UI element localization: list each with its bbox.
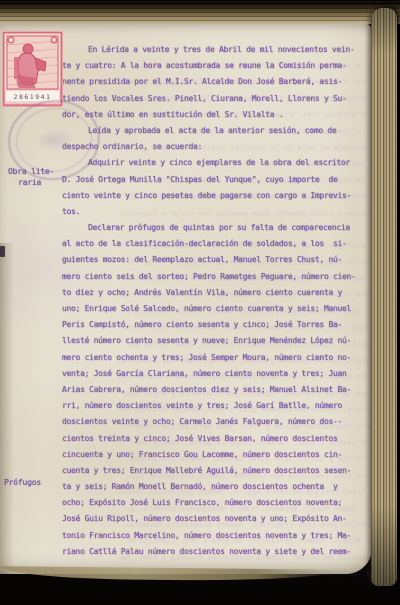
body-line: to diez y ocho; Andrés Valentín Vila, nú… xyxy=(62,285,362,301)
body-line: dor, este último en sustitución del Sr. … xyxy=(62,107,362,123)
body-line: tonio Francisco Marcelino, número doscie… xyxy=(62,528,362,544)
body-line: uno; Enrique Solé Salcedo, número ciento… xyxy=(62,301,362,317)
margin-note-line: Prófugos xyxy=(4,477,41,488)
body-line: En Lérida a veinte y tres de Abril de mi… xyxy=(62,42,362,58)
right-page-edges xyxy=(371,8,397,586)
body-line: venta; José García Clariana, número cien… xyxy=(62,366,362,382)
body-line: ocho; Expósito José Luis Francisco, núme… xyxy=(62,495,362,511)
body-line: te y cuatro: A la hora acostumbrada se r… xyxy=(62,58,362,74)
photo-frame: En Lérida a veinte y tres de Abril de mi… xyxy=(0,0,400,605)
body-line: mero ciento ochenta y tres; José Semper … xyxy=(62,350,362,366)
body-line: Declarar prófugos de quintas por su falt… xyxy=(62,220,362,236)
body-line: cuenta y tres; Enrique Mallebré Aguilá, … xyxy=(62,463,362,479)
body-line: al acto de la clasificación-declaración … xyxy=(62,236,362,252)
body-line: José Guiu Ripoll, número doscientos nove… xyxy=(62,511,362,527)
body-line: rri, número doscientos veinte y tres; Jo… xyxy=(62,398,362,414)
edge-fleck xyxy=(0,246,5,257)
document-text: En Lérida a veinte y tres de Abril de mi… xyxy=(62,42,362,560)
top-page-edges xyxy=(0,0,400,24)
body-line: Leída y aprobada el acta de la anterior … xyxy=(62,123,362,139)
body-line: Arias Cabrera, número doscientos diez y … xyxy=(62,382,362,398)
body-line: cincuenta y uno; Francisco Gou Lacomme, … xyxy=(62,447,362,463)
body-line: Peris Campistó, número ciento sesenta y … xyxy=(62,317,362,333)
body-line: tiendo los Vocales Sres. Pinell, Ciurana… xyxy=(62,91,362,107)
body-line: llesté número ciento sesenta y nueve; En… xyxy=(62,333,362,349)
body-line: mero ciento seis del sorteo; Pedro Ramat… xyxy=(62,269,362,285)
body-line: nente presidida por el M.I.Sr. Alcalde D… xyxy=(62,74,362,90)
body-line: ta y seis; Ramón Monell Bernadó, número … xyxy=(62,479,362,495)
body-line: despacho ordinario, se acuerda: xyxy=(62,139,362,155)
bottom-page-edge xyxy=(0,566,340,582)
body-line: Adquirir veinte y cinco ejemplares de la… xyxy=(62,155,362,171)
body-line: D. José Ortega Munilla "Chispas del Yunq… xyxy=(62,172,362,188)
body-line: doscientos veinte y ocho; Carmelo Janés … xyxy=(62,414,362,430)
body-line: ciento veinte y cinco pesetas debe pagar… xyxy=(62,188,362,204)
body-line: riano Catllá Palau número doscientos nov… xyxy=(62,544,362,560)
body-line: tos. xyxy=(62,204,362,220)
body-line: cientos treinta y cinco; José Vives Bars… xyxy=(62,431,362,447)
revenue-stamp: 2861941 xyxy=(2,31,63,107)
body-line: guientes mozos: del Reemplazo actual, Ma… xyxy=(62,252,362,268)
margin-note-profugos: Prófugos xyxy=(4,477,41,488)
